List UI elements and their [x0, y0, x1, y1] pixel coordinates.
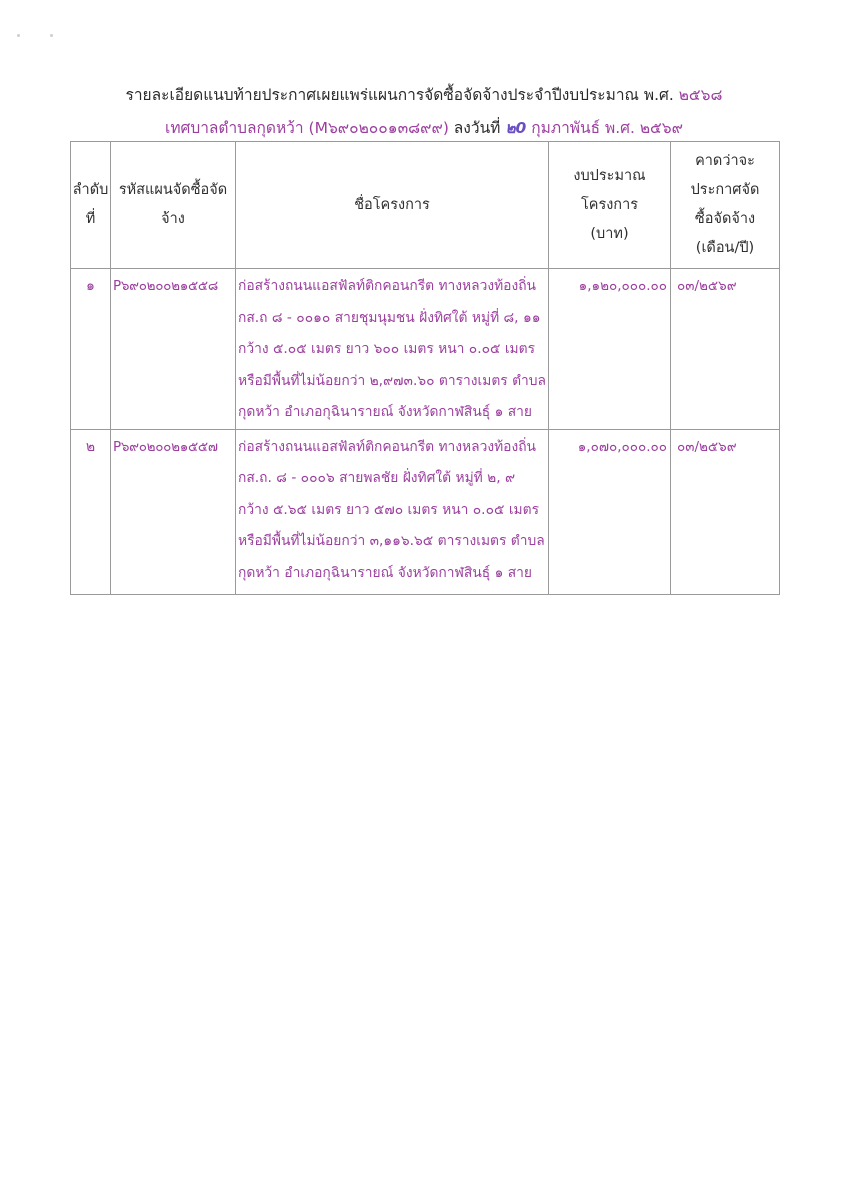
document-subtitle: เทศบาลตำบลกุดหว้า (M๖๙๐๒๐๐๑๓๘๙๙) ลงวันที… — [0, 115, 848, 140]
municipality-name: เทศบาลตำบลกุดหว้า (M๖๙๐๒๐๐๑๓๘๙๙) — [165, 119, 449, 137]
header-project-name: ชื่อโครงการ — [236, 142, 549, 269]
procurement-plan-table: ลำดับที่ รหัสแผนจัดซื้อจัดจ้าง ชื่อโครงก… — [70, 141, 780, 595]
plan-code: P๖๙๐๒๐๐๒๑๕๕๘ — [111, 269, 236, 430]
title-text: รายละเอียดแนบท้ายประกาศเผยแพร่แผนการจัดซ… — [126, 86, 679, 104]
row-number: ๒ — [71, 429, 111, 594]
row-number: ๑ — [71, 269, 111, 430]
date-label: ลงวันที่ — [449, 119, 505, 137]
header-budget: งบประมาณโครงการ(บาท) — [549, 142, 671, 269]
expected-date: ๐๓/๒๕๖๙ — [671, 429, 780, 594]
budget: ๑,๐๗๐,๐๐๐.๐๐ — [549, 429, 671, 594]
table-row: ๒ P๖๙๐๒๐๐๒๑๕๕๗ ก่อสร้างถนนแอสฟัลท์ติกคอน… — [71, 429, 780, 594]
header-no: ลำดับที่ — [71, 142, 111, 269]
table-row: ๑ P๖๙๐๒๐๐๒๑๕๕๘ ก่อสร้างถนนแอสฟัลท์ติกคอน… — [71, 269, 780, 430]
handwritten-day: ๒0 — [505, 119, 526, 137]
document-title: รายละเอียดแนบท้ายประกาศเผยแพร่แผนการจัดซ… — [0, 82, 848, 107]
scan-speck — [50, 34, 53, 37]
fiscal-year: ๒๕๖๘ — [679, 86, 723, 104]
project-name: ก่อสร้างถนนแอสฟัลท์ติกคอนกรีต ทางหลวงท้อ… — [236, 429, 549, 594]
project-name: ก่อสร้างถนนแอสฟัลท์ติกคอนกรีต ทางหลวงท้อ… — [236, 269, 549, 430]
table-header-row: ลำดับที่ รหัสแผนจัดซื้อจัดจ้าง ชื่อโครงก… — [71, 142, 780, 269]
plan-code: P๖๙๐๒๐๐๒๑๕๕๗ — [111, 429, 236, 594]
scan-speck — [17, 34, 20, 37]
expected-date: ๐๓/๒๕๖๙ — [671, 269, 780, 430]
budget: ๑,๑๒๐,๐๐๐.๐๐ — [549, 269, 671, 430]
header-plan-code: รหัสแผนจัดซื้อจัดจ้าง — [111, 142, 236, 269]
month-year: กุมภาพันธ์ พ.ศ. ๒๕๖๙ — [526, 119, 683, 137]
header-expected-date: คาดว่าจะประกาศจัดซื้อจัดจ้าง(เดือน/ปี) — [671, 142, 780, 269]
